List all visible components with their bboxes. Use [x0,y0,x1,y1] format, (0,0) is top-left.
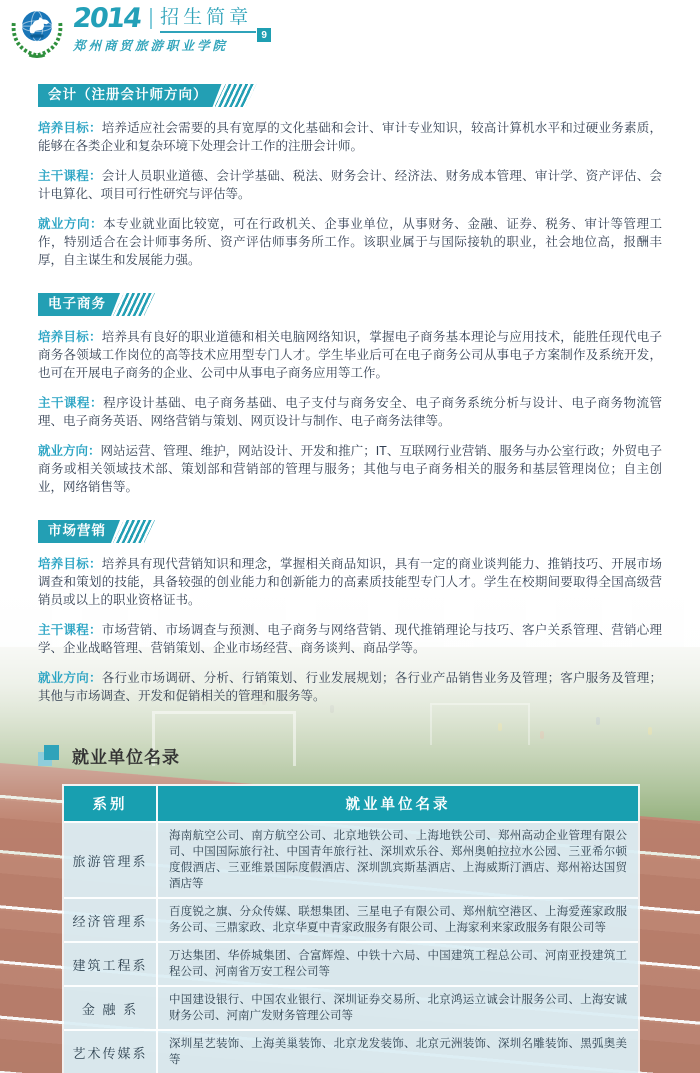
training-goal-paragraph: 培养目标：培养具有良好的职业道德和相关电脑网络知识，掌握电子商务基本理论与应用技… [38,328,662,382]
section-marketing: 市场营销 培养目标：培养具有现代营销知识和理念，掌握相关商品知识，具有一定的商业… [38,520,662,705]
year-logotype: 2014 [71,7,141,30]
core-courses-paragraph: 主干课程：市场营销、市场调查与预测、电子商务与网络营销、现代推销理论与技巧、客户… [38,621,662,657]
training-goal-paragraph: 培养目标：培养具有现代营销知识和理念，掌握相关商品知识，具有一定的商业谈判能力、… [38,555,662,609]
paragraph-text: 培养具有良好的职业道德和相关电脑网络知识，掌握电子商务基本理论与应用技术，能胜任… [38,330,662,380]
paragraph-text: 本专业就业面比较宽，可在行政机关、企事业单位，从事财务、金融、证券、税务、审计等… [38,217,662,267]
table-head: 系别 就业单位名录 [64,786,638,821]
masthead: 2014 招生简章 9 郑州商贸旅游职业学院 [8,2,256,58]
table-body: 旅游管理系 海南航空公司、南方航空公司、北京地铁公司、上海地铁公司、郑州高动企业… [64,821,638,1073]
section-tab-label: 电子商务 [38,293,120,316]
tab-stripes-icon [215,84,257,107]
brand-title-row: 2014 招生简章 9 [73,7,256,33]
paragraph-text: 各行业市场调研、分析、行销策划、行业发展规划；各行业产品销售业务及管理；客户服务… [38,671,662,703]
paragraph-label: 就业方向： [38,671,102,685]
paragraph-label: 就业方向： [38,217,103,231]
department-cell: 旅游管理系 [64,821,158,897]
training-goal-paragraph: 培养目标：培养适应社会需要的具有宽厚的文化基础和会计、审计专业知识，较高计算机水… [38,119,662,155]
table-header-row: 系别 就业单位名录 [64,786,638,821]
employment-units-table: 系别 就业单位名录 旅游管理系 海南航空公司、南方航空公司、北京地铁公司、上海地… [62,784,640,1073]
tab-stripes-icon [113,293,155,316]
paragraph-label: 就业方向： [38,444,101,458]
paragraph-label: 培养目标： [38,330,102,344]
paragraph-text: 网站运营、管理、维护，网站设计、开发和推广；IT、互联网行业营销、服务与办公室行… [38,444,662,494]
divider-bar [150,8,152,29]
column-header-units: 就业单位名录 [158,786,638,821]
square-bullet-dark [44,745,59,760]
core-courses-paragraph: 主干课程：程序设计基础、电子商务基础、电子支付与商务安全、电子商务系统分析与设计… [38,394,662,430]
directory-title-row: 就业单位名录 [38,743,662,768]
section-tab-row: 市场营销 [38,520,662,543]
page-content: 2014 招生简章 9 郑州商贸旅游职业学院 会计（注册会计师方向） 培养目标：… [0,0,700,1073]
paragraph-text: 培养具有现代营销知识和理念，掌握相关商品知识，具有一定的商业谈判能力、推销技巧、… [38,557,662,607]
paragraph-label: 培养目标： [38,121,102,135]
paragraph-label: 主干课程： [38,623,102,637]
brochure-title: 招生简章 [160,7,256,33]
paragraph-text: 会计人员职业道德、会计学基础、税法、财务会计、经济法、财务成本管理、审计学、资产… [38,169,662,201]
department-cell: 金 融 系 [64,985,158,1029]
school-name: 郑州商贸旅游职业学院 [73,36,256,54]
section-tab-row: 电子商务 [38,293,662,316]
page-number-badge: 9 [257,28,271,42]
paragraph-text: 培养适应社会需要的具有宽厚的文化基础和会计、审计专业知识，较高计算机水平和过硬业… [38,121,662,153]
department-cell: 经济管理系 [64,897,158,941]
units-cell: 深圳星艺装饰、上海美巢装饰、北京龙发装饰、北京元洲装饰、深圳名雕装饰、黑弧奥美等 [158,1029,638,1073]
table-row: 金 融 系 中国建设银行、中国农业银行、深圳证券交易所、北京鸿运立诚会计服务公司… [64,985,638,1029]
school-emblem-logo [8,2,66,58]
career-direction-paragraph: 就业方向：网站运营、管理、维护，网站设计、开发和推广；IT、互联网行业营销、服务… [38,442,662,496]
units-cell: 中国建设银行、中国农业银行、深圳证券交易所、北京鸿运立诚会计服务公司、上海安诚财… [158,985,638,1029]
brochure-page: 2014 招生简章 9 郑州商贸旅游职业学院 会计（注册会计师方向） 培养目标：… [0,0,700,1073]
units-cell: 万达集团、华侨城集团、合富辉煌、中铁十六局、中国建筑工程总公司、河南亚投建筑工程… [158,941,638,985]
career-direction-paragraph: 就业方向：各行业市场调研、分析、行销策划、行业发展规划；各行业产品销售业务及管理… [38,669,662,705]
department-cell: 艺术传媒系 [64,1029,158,1073]
brand-block: 2014 招生简章 9 郑州商贸旅游职业学院 [73,2,256,54]
table-row: 旅游管理系 海南航空公司、南方航空公司、北京地铁公司、上海地铁公司、郑州高动企业… [64,821,638,897]
units-cell: 百度锐之旗、分众传媒、联想集团、三星电子有限公司、郑州航空港区、上海爱莲家政服务… [158,897,638,941]
career-direction-paragraph: 就业方向：本专业就业面比较宽，可在行政机关、企事业单位，从事财务、金融、证券、税… [38,215,662,269]
table-row: 经济管理系 百度锐之旗、分众传媒、联想集团、三星电子有限公司、郑州航空港区、上海… [64,897,638,941]
paragraph-label: 主干课程： [38,396,103,410]
core-courses-paragraph: 主干课程：会计人员职业道德、会计学基础、税法、财务会计、经济法、财务成本管理、审… [38,167,662,203]
column-header-department: 系别 [64,786,158,821]
paragraph-label: 培养目标： [38,557,102,571]
section-ecommerce: 电子商务 培养目标：培养具有良好的职业道德和相关电脑网络知识，掌握电子商务基本理… [38,293,662,496]
department-cell: 建筑工程系 [64,941,158,985]
section-tab-row: 会计（注册会计师方向） [38,84,662,107]
body-copy: 会计（注册会计师方向） 培养目标：培养适应社会需要的具有宽厚的文化基础和会计、审… [38,84,662,1073]
section-tab-label: 会计（注册会计师方向） [38,84,222,107]
table-row: 艺术传媒系 深圳星艺装饰、上海美巢装饰、北京龙发装饰、北京元洲装饰、深圳名雕装饰… [64,1029,638,1073]
units-cell: 海南航空公司、南方航空公司、北京地铁公司、上海地铁公司、郑州高动企业管理有限公司… [158,821,638,897]
section-accounting: 会计（注册会计师方向） 培养目标：培养适应社会需要的具有宽厚的文化基础和会计、审… [38,84,662,269]
paragraph-text: 程序设计基础、电子商务基础、电子支付与商务安全、电子商务系统分析与设计、电子商务… [38,396,662,428]
paragraph-text: 市场营销、市场调查与预测、电子商务与网络营销、现代推销理论与技巧、客户关系管理、… [38,623,662,655]
paragraph-label: 主干课程： [38,169,102,183]
directory-title: 就业单位名录 [72,743,180,768]
square-bullet-icon [38,745,59,766]
table-row: 建筑工程系 万达集团、华侨城集团、合富辉煌、中铁十六局、中国建筑工程总公司、河南… [64,941,638,985]
section-tab-label: 市场营销 [38,520,120,543]
tab-stripes-icon [113,520,155,543]
